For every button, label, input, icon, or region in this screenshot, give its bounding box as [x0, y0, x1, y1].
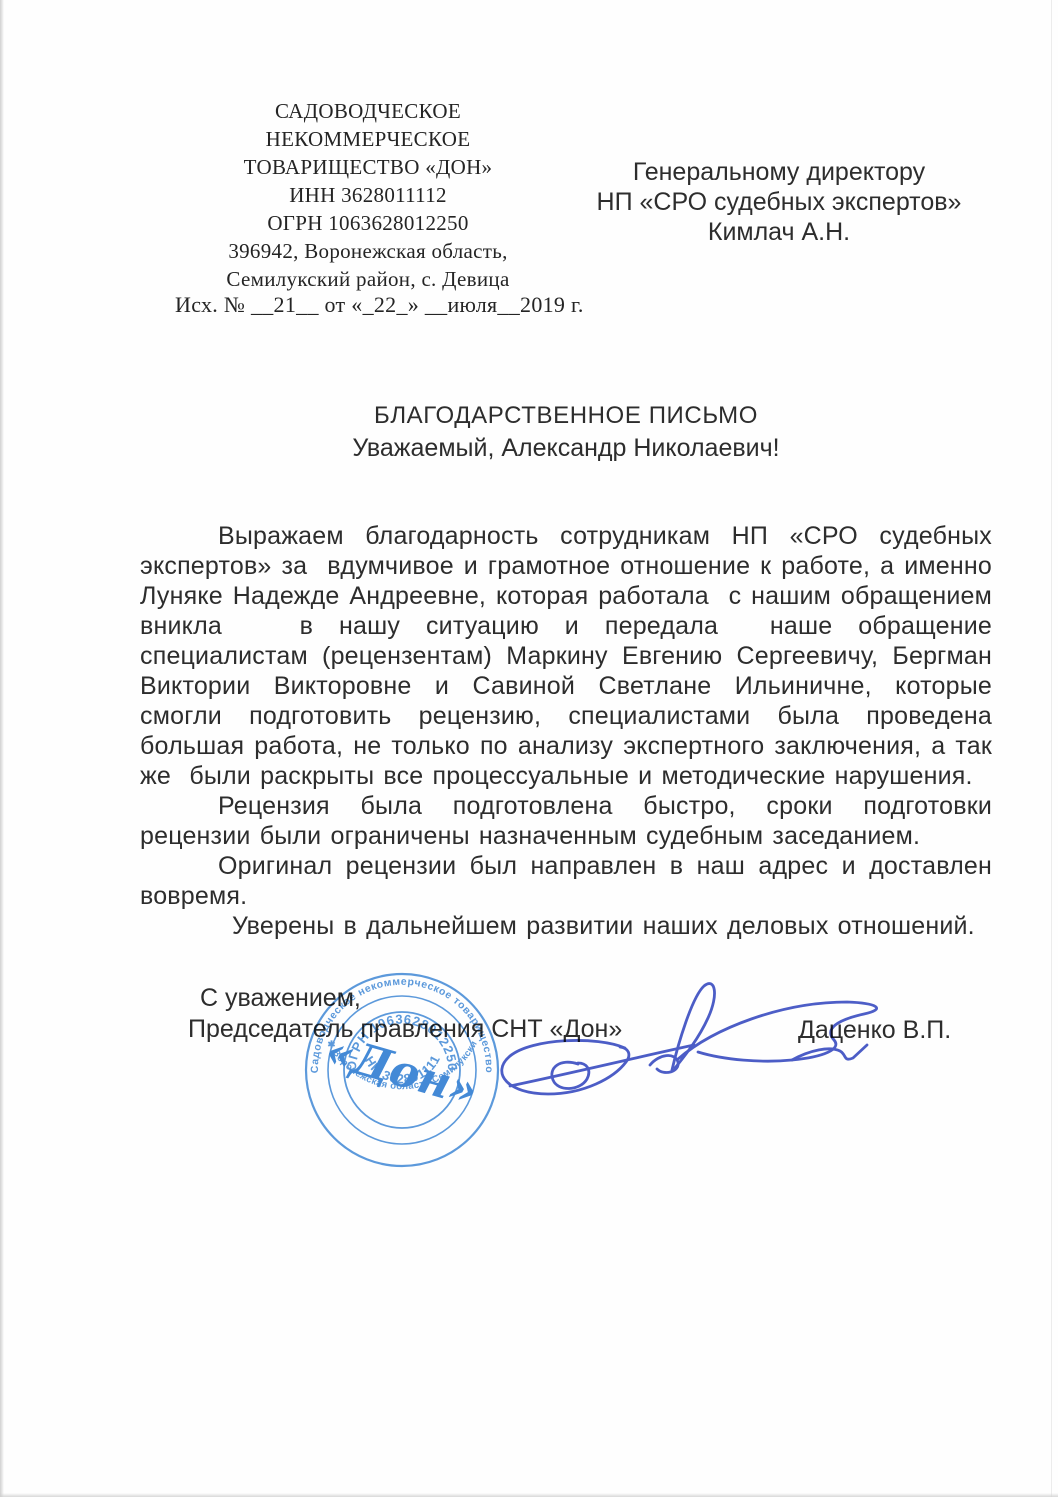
signature-strokes — [502, 984, 877, 1094]
scan-edge-left — [0, 0, 4, 1497]
recipient-block: Генеральному директору НП «СРО судебных … — [590, 157, 968, 247]
scanned-letter-page: САДОВОДЧЕСКОЕ НЕКОММЕРЧЕСКОЕ ТОВАРИЩЕСТВ… — [0, 0, 1058, 1497]
recipient-line-3: Кимлач А.Н. — [590, 217, 968, 247]
outgoing-ref-line: Исх. № __21__ от «_22_» __июля__2019 г. — [175, 292, 584, 318]
stamp-center-name: «Дон» — [320, 1025, 484, 1117]
recipient-line-2: НП «СРО судебных экспертов» — [590, 187, 968, 217]
org-address-2: Семилукский район, с. Девица — [203, 265, 533, 293]
letterhead-org-block: САДОВОДЧЕСКОЕ НЕКОММЕРЧЕСКОЕ ТОВАРИЩЕСТВ… — [203, 97, 533, 293]
org-inn: ИНН 3628011112 — [203, 181, 533, 209]
org-line-3: ТОВАРИЩЕСТВО «ДОН» — [203, 153, 533, 181]
recipient-line-1: Генеральному директору — [590, 157, 968, 187]
org-address-1: 396942, Воронежская область, — [203, 237, 533, 265]
signature — [462, 952, 892, 1132]
letter-body: Выражаем благодарность сотрудникам НП «С… — [140, 521, 992, 941]
org-line-1: САДОВОДЧЕСКОЕ — [203, 97, 533, 125]
org-ogrn: ОГРН 1063628012250 — [203, 209, 533, 237]
paragraph-3: Оригинал рецензии был направлен в наш ад… — [140, 851, 992, 911]
org-line-2: НЕКОММЕРЧЕСКОЕ — [203, 125, 533, 153]
scan-edge-right — [1051, 0, 1052, 1497]
paragraph-4: Уверены в дальнейшем развитии наших дело… — [140, 911, 992, 941]
paragraph-2: Рецензия была подготовлена быстро, сроки… — [140, 791, 992, 851]
letter-title: БЛАГОДАРСТВЕННОЕ ПИСЬМО — [140, 399, 992, 432]
paragraph-1: Выражаем благодарность сотрудникам НП «С… — [140, 521, 992, 791]
salutation: Уважаемый, Александр Николаевич! — [140, 432, 992, 465]
scan-edge-bottom — [0, 1493, 1058, 1497]
title-block: БЛАГОДАРСТВЕННОЕ ПИСЬМО Уважаемый, Алекс… — [140, 399, 992, 465]
